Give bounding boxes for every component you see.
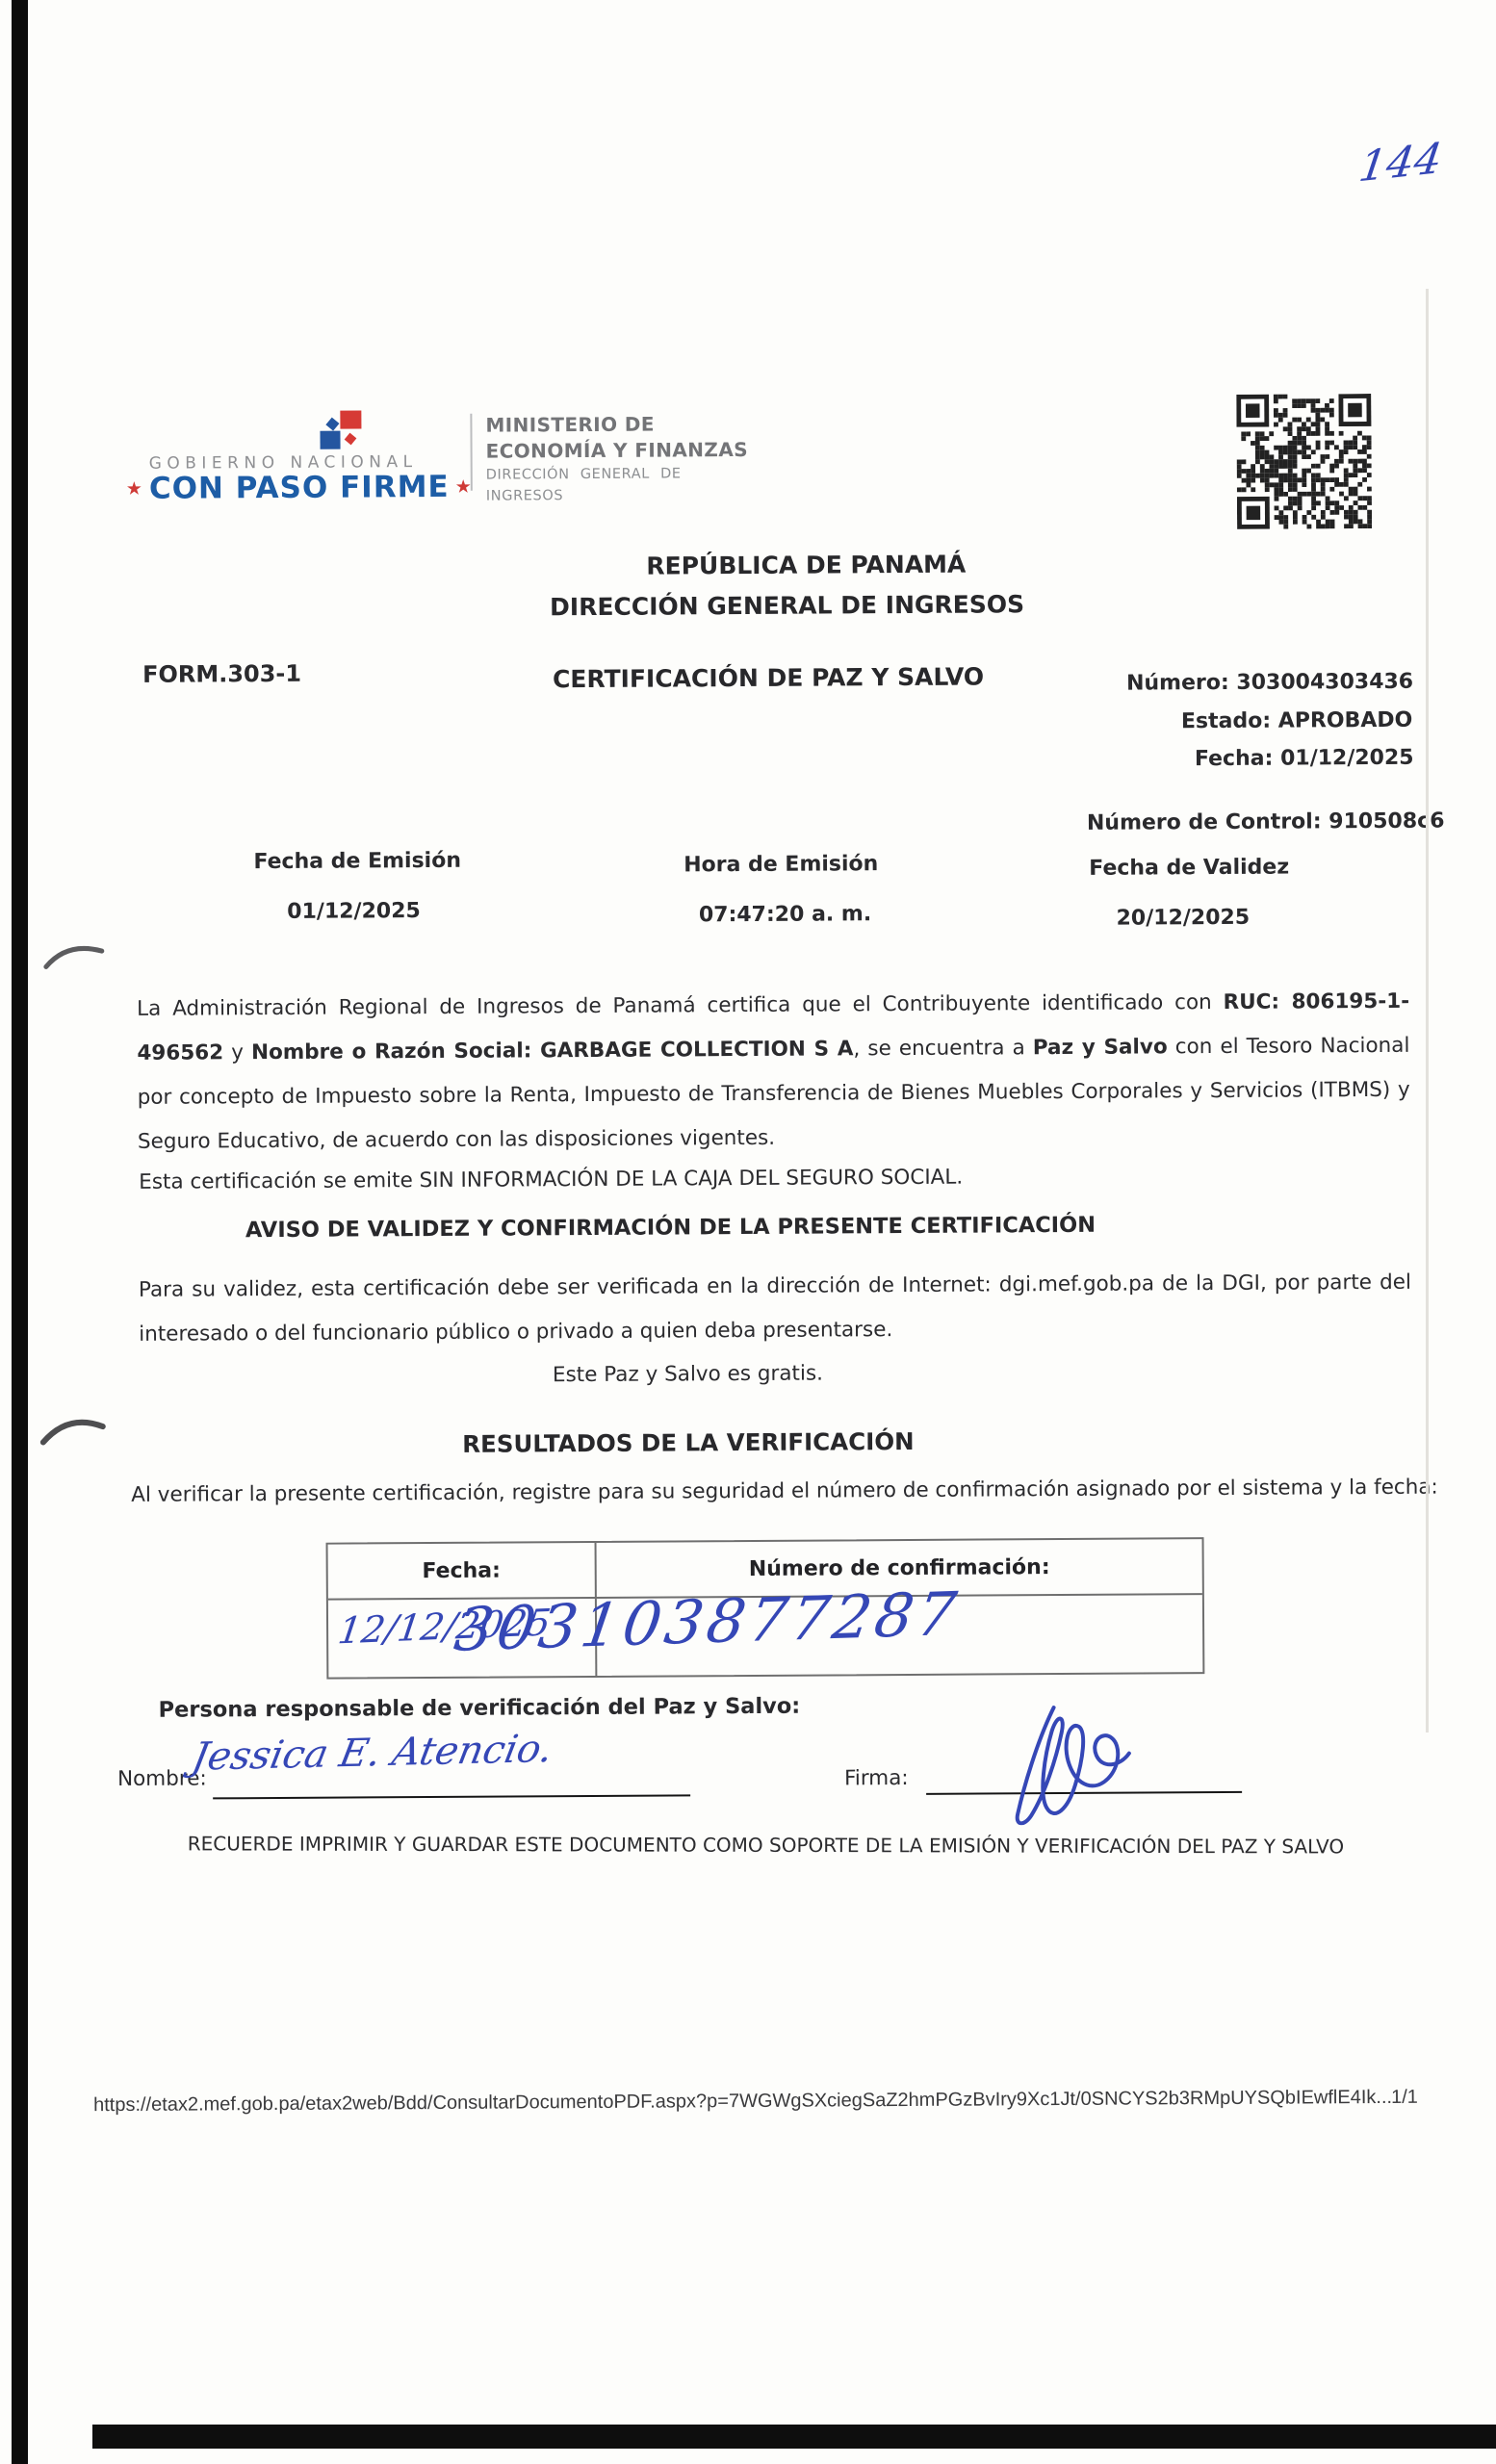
certification-paragraph: La Administración Regional de Ingresos d… <box>137 980 1410 1165</box>
signature-label: Firma: <box>844 1766 909 1790</box>
panama-flag-icon <box>320 410 364 450</box>
certificate-title: CERTIFICACIÓN DE PAZ Y SALVO <box>553 662 984 693</box>
government-logo: GOBIERNO NACIONAL ★CON PASO FIRME★ <box>148 410 466 452</box>
emission-date-label: Fecha de Emisión <box>253 849 461 874</box>
title-republic: REPÚBLICA DE PANAMÁ <box>646 551 966 580</box>
title-direction: DIRECCIÓN GENERAL DE INGRESOS <box>550 590 1024 621</box>
doc-status-label: Estado: <box>1181 709 1271 734</box>
logo-divider <box>470 414 472 491</box>
control-number: Número de Control: 910508c6 <box>1087 809 1445 835</box>
paper-seam <box>1426 289 1429 1732</box>
reminder-note: RECUERDE IMPRIMIR Y GUARDAR ESTE DOCUMEN… <box>188 1832 1344 1858</box>
slogan-text: CON PASO FIRME <box>149 470 450 506</box>
star-right-icon: ★ <box>450 476 478 498</box>
ministry-line3: DIRECCIÓN GENERAL DE <box>486 463 748 486</box>
margin-mark-icon <box>39 1411 111 1450</box>
doc-date-label: Fecha: <box>1195 747 1274 771</box>
validity-notice-paragraph: Para su validez, esta certificación debe… <box>139 1261 1412 1357</box>
signature-scribble <box>977 1699 1161 1825</box>
free-certificate-note: Este Paz y Salvo es gratis. <box>553 1362 823 1388</box>
footer-url: https://etax2.mef.gob.pa/etax2web/Bdd/Co… <box>93 2087 1392 2117</box>
results-heading: RESULTADOS DE LA VERIFICACIÓN <box>462 1427 915 1458</box>
emission-date-value: 01/12/2025 <box>287 899 421 924</box>
doc-date-value: 01/12/2025 <box>1280 746 1414 771</box>
doc-number-value: 303004303436 <box>1236 670 1413 695</box>
emission-time-value: 07:47:20 a. m. <box>699 902 871 927</box>
scan-edge-left <box>12 0 28 2464</box>
ministry-line2: ECONOMÍA Y FINANZAS <box>486 437 749 465</box>
text-segment: La Administración Regional de Ingresos d… <box>137 990 1224 1021</box>
text-segment: Paz y Salvo <box>1033 1035 1168 1060</box>
ministry-block: MINISTERIO DE ECONOMÍA Y FINANZAS DIRECC… <box>485 411 748 507</box>
scan-edge-bottom <box>92 2425 1496 2449</box>
ministry-line4: INGRESOS <box>486 484 748 507</box>
responsible-title: Persona responsable de verificación del … <box>159 1694 801 1723</box>
validity-notice-heading: AVISO DE VALIDEZ Y CONFIRMACIÓN DE LA PR… <box>245 1213 1096 1243</box>
margin-mark-icon <box>42 939 110 974</box>
text-segment: y <box>223 1040 251 1065</box>
table-header-fecha: Fecha: <box>328 1543 597 1599</box>
validity-date-label: Fecha de Validez <box>1089 856 1289 881</box>
doc-status-value: APROBADO <box>1278 708 1413 733</box>
star-left-icon: ★ <box>120 478 149 500</box>
control-number-label: Número de Control: <box>1087 809 1322 834</box>
name-line <box>213 1794 690 1799</box>
handwritten-page-number: 144 <box>1355 134 1445 192</box>
scanned-document-page: 144 GOBIERNO NACIONAL ★CON PASO FIRME★ M… <box>0 0 1496 2464</box>
doc-date: Fecha: 01/12/2025 <box>1195 746 1414 771</box>
handwritten-name: Jessica E. Atencio. <box>189 1727 556 1780</box>
form-code: FORM.303-1 <box>142 660 301 688</box>
ssa-note: Esta certificación se emite SIN INFORMAC… <box>139 1166 963 1194</box>
document-content: 144 GOBIERNO NACIONAL ★CON PASO FIRME★ M… <box>0 0 1496 2464</box>
text-segment: , se encuentra a <box>853 1036 1033 1061</box>
doc-status: Estado: APROBADO <box>1181 708 1413 733</box>
validity-date-value: 20/12/2025 <box>1117 906 1251 931</box>
doc-number-label: Número: <box>1126 671 1229 696</box>
con-paso-firme-label: ★CON PASO FIRME★ <box>120 470 478 506</box>
page-indicator: 1/1 <box>1391 2087 1418 2109</box>
text-segment: Nombre o Razón Social: GARBAGE COLLECTIO… <box>251 1037 854 1065</box>
emission-time-label: Hora de Emisión <box>684 852 878 877</box>
doc-number: Número: 303004303436 <box>1126 670 1413 696</box>
qr-code <box>1236 394 1372 529</box>
ministry-line1: MINISTERIO DE <box>485 411 748 439</box>
verification-instruction: Al verificar la presente certificación, … <box>131 1476 1438 1507</box>
